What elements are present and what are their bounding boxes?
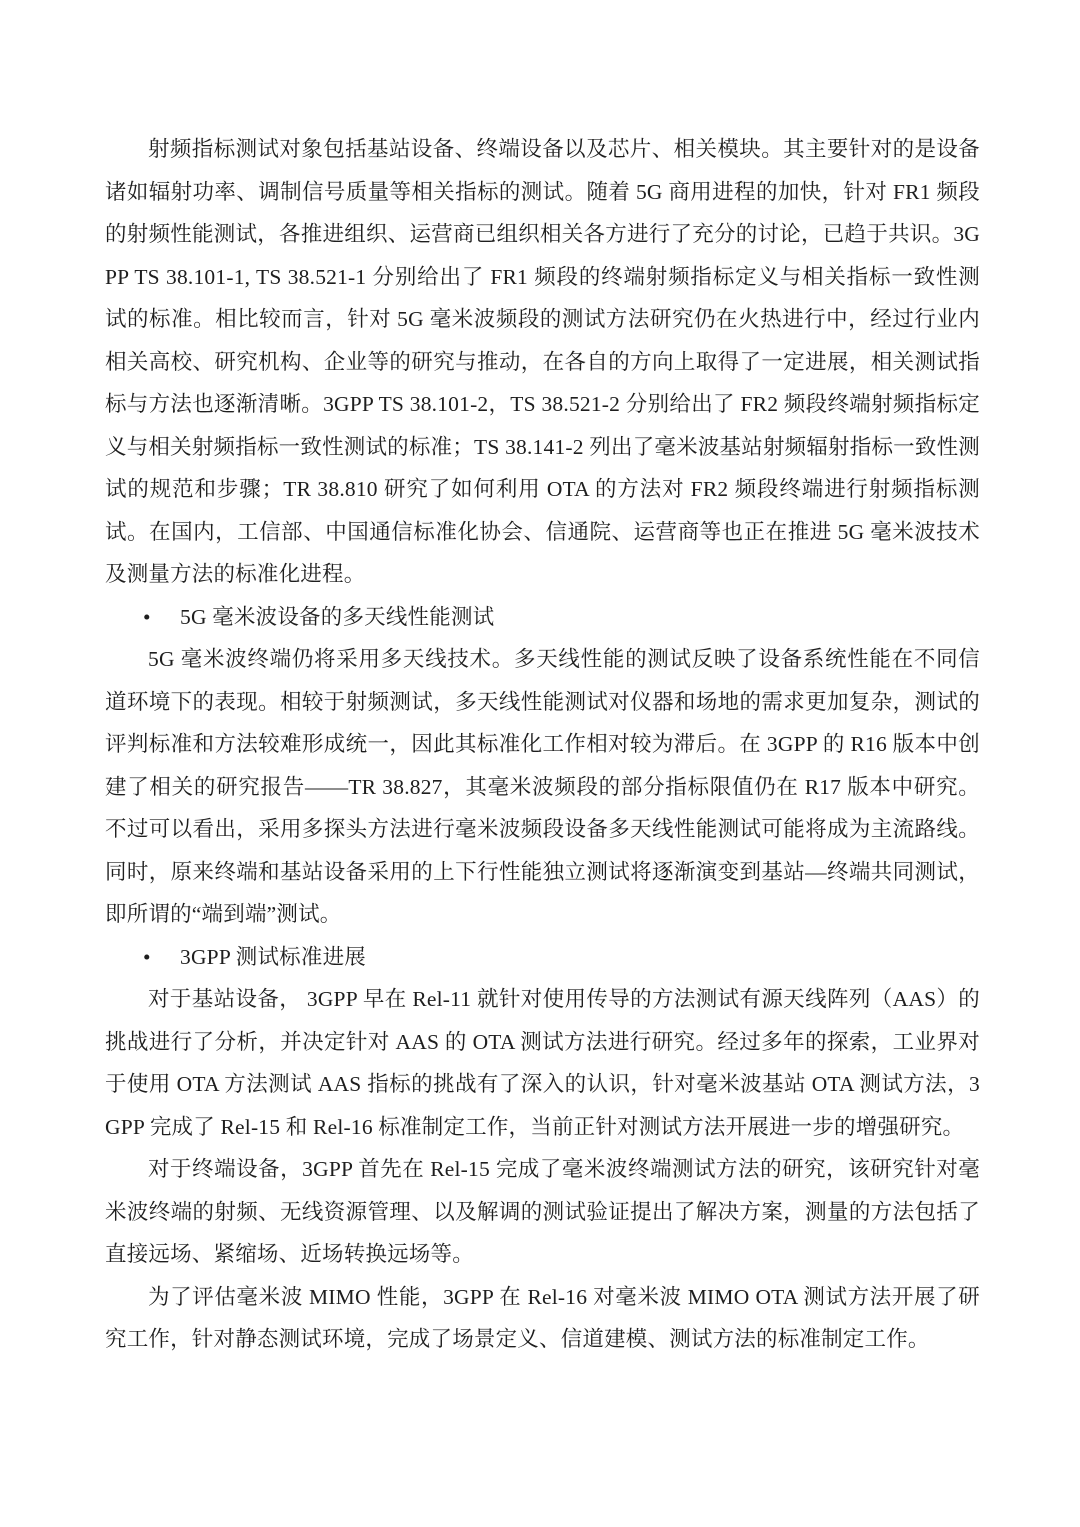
bullet-label-multi-antenna: 5G 毫米波设备的多天线性能测试: [180, 605, 494, 629]
bullet-icon: •: [143, 596, 180, 639]
paragraph-multi-antenna-testing: 5G 毫米波终端仍将采用多天线技术。多天线性能的测试反映了设备系统性能在不同信道…: [105, 638, 980, 936]
bullet-label-3gpp-progress: 3GPP 测试标准进展: [180, 945, 366, 969]
document-page: 射频指标测试对象包括基站设备、终端设备以及芯片、相关模块。其主要针对的是设备诸如…: [0, 0, 1080, 1527]
paragraph-base-station: 对于基站设备， 3GPP 早在 Rel-11 就针对使用传导的方法测试有源天线阵…: [105, 978, 980, 1148]
paragraph-terminal-device: 对于终端设备，3GPP 首先在 Rel-15 完成了毫米波终端测试方法的研究，该…: [105, 1148, 980, 1276]
bullet-item-multi-antenna: •5G 毫米波设备的多天线性能测试: [105, 596, 980, 639]
bullet-icon: •: [143, 936, 180, 979]
paragraph-mimo-ota: 为了评估毫米波 MIMO 性能，3GPP 在 Rel-16 对毫米波 MIMO …: [105, 1276, 980, 1361]
paragraph-rf-index-testing: 射频指标测试对象包括基站设备、终端设备以及芯片、相关模块。其主要针对的是设备诸如…: [105, 128, 980, 596]
bullet-item-3gpp-progress: •3GPP 测试标准进展: [105, 936, 980, 979]
